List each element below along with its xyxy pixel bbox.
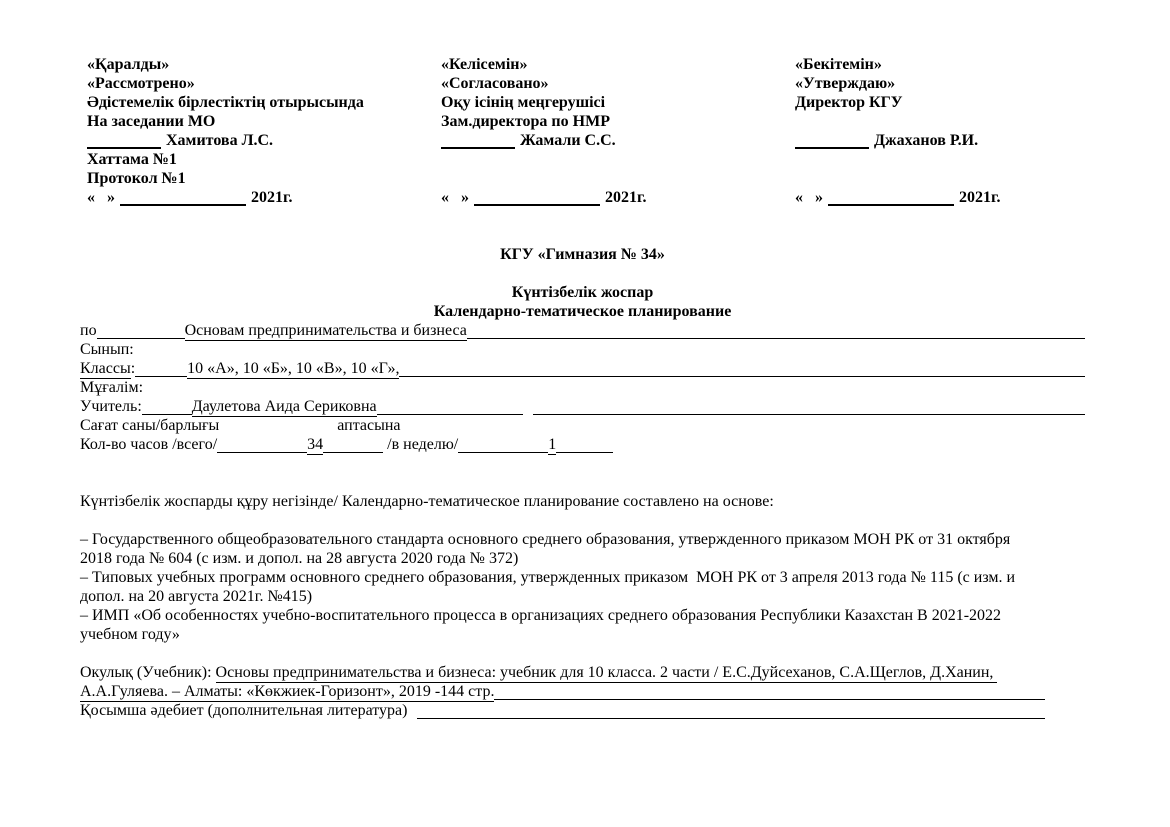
underline-gap xyxy=(523,415,533,416)
blank-underline xyxy=(399,376,1085,377)
approval-body-kk: Оқу ісінің меңгерушісі xyxy=(441,93,795,112)
approval-body-kk: Әдістемелік бірлестіктің отырысында xyxy=(87,93,441,112)
blank-underline xyxy=(323,452,383,453)
teacher-label-kk: Мұғалім: xyxy=(80,378,1085,397)
class-value: 10 «А», 10 «Б», 10 «В», 10 «Г», xyxy=(187,359,399,379)
approval-column-agreed: «Келісемін» «Согласовано» Оқу ісінің мең… xyxy=(441,55,795,207)
hours-total-value: 34 xyxy=(307,435,323,455)
subject-row: по Основам предпринимательства и бизнеса xyxy=(80,321,1085,340)
signer-name: Джаханов Р.И. xyxy=(874,132,978,149)
protocol-ru xyxy=(795,169,1085,188)
signature-line xyxy=(87,147,161,149)
subject-value: Основам предпринимательства и бизнеса xyxy=(185,321,467,341)
hours-per-week-value: 1 xyxy=(548,435,556,455)
signature-row: Джаханов Р.И. xyxy=(795,131,1085,150)
protocol-ru xyxy=(441,169,795,188)
spacer xyxy=(80,511,1085,530)
date-year: 2021г. xyxy=(605,189,646,206)
protocol-ru: Протокол №1 xyxy=(87,169,441,188)
date-quotes: « » xyxy=(87,189,115,206)
blank-underline xyxy=(458,452,548,453)
basis-item: допол. на 20 августа 2021г. №415) xyxy=(80,587,1085,606)
teacher-row: Учитель: Даулетова Аида Сериковна xyxy=(80,397,1085,416)
date-line xyxy=(474,204,600,206)
basis-item: 2018 года № 604 (с изм. и допол. на 28 а… xyxy=(80,549,1085,568)
teacher-label-ru: Учитель: xyxy=(80,397,142,416)
approval-body-ru: Зам.директора по НМР xyxy=(441,112,795,131)
blank-underline xyxy=(135,376,187,377)
approval-title-kk: «Келісемін» xyxy=(441,55,795,74)
spacer xyxy=(80,207,1085,245)
subject-label: по xyxy=(80,321,97,340)
spacer xyxy=(80,644,1085,663)
date-row: « »2021г. xyxy=(441,188,795,207)
class-label-ru: Классы xyxy=(80,359,131,379)
approval-body-ru xyxy=(795,112,1085,131)
textbook-value-line1: Основы предпринимательства и бизнеса: уч… xyxy=(216,663,998,683)
protocol-kk xyxy=(795,150,1085,169)
blank-underline xyxy=(533,414,1085,415)
protocol-kk xyxy=(441,150,795,169)
signature-row: Хамитова Л.С. xyxy=(87,131,441,150)
date-year: 2021г. xyxy=(959,189,1000,206)
approval-column-approved: «Бекітемін» «Утверждаю» Директор КГУ Джа… xyxy=(795,55,1085,207)
hours-label-kk: Сағат саны/барлығы xyxy=(80,417,219,434)
hours-row-kk: Сағат саны/барлығыаптасына xyxy=(80,416,1085,435)
blank-underline xyxy=(377,414,523,415)
protocol-kk: Хаттама №1 xyxy=(87,150,441,169)
spacer xyxy=(80,454,1085,492)
hours-week-label-ru: /в неделю/ xyxy=(387,435,458,454)
blank-underline xyxy=(217,452,307,453)
approval-title-kk: «Қаралды» xyxy=(87,55,441,74)
teacher-value: Даулетова Аида Сериковна xyxy=(192,397,377,417)
blank-underline xyxy=(417,718,1045,719)
signer-name: Жамали С.С. xyxy=(520,132,616,149)
extra-literature-label: Қосымша әдебиет (дополнительная литерату… xyxy=(80,701,407,720)
signer-name: Хамитова Л.С. xyxy=(166,132,273,149)
class-label-kk: Сынып: xyxy=(80,340,1085,359)
approval-title-kk: «Бекітемін» xyxy=(795,55,1085,74)
basis-item: – ИМП «Об особенностях учебно-воспитател… xyxy=(80,606,1085,625)
blank-underline xyxy=(142,414,192,415)
hours-week-kk: аптасына xyxy=(337,417,400,434)
blank-underline xyxy=(97,338,185,339)
plan-title-kk: Күнтізбелік жоспар xyxy=(80,283,1085,302)
date-row: « »2021г. xyxy=(87,188,441,207)
approval-title-ru: «Утверждаю» xyxy=(795,74,1085,93)
approvals-header: «Қаралды» «Рассмотрено» Әдістемелік бірл… xyxy=(87,55,1085,207)
approval-title-ru: «Согласовано» xyxy=(441,74,795,93)
basis-heading: Күнтізбелік жоспарды құру негізінде/ Кал… xyxy=(80,492,1085,511)
approval-column-reviewed: «Қаралды» «Рассмотрено» Әдістемелік бірл… xyxy=(87,55,441,207)
textbook-label: Окулық (Учебник): xyxy=(80,663,216,682)
approval-body-ru: На заседании МО xyxy=(87,112,441,131)
basis-item: – Государственного общеобразовательного … xyxy=(80,530,1085,549)
date-row: « »2021г. xyxy=(795,188,1085,207)
blank-underline xyxy=(467,338,1085,339)
document-page: «Қаралды» «Рассмотрено» Әдістемелік бірл… xyxy=(0,0,1170,827)
spacer xyxy=(80,264,1085,283)
approval-body-kk: Директор КГУ xyxy=(795,93,1085,112)
blank-underline xyxy=(556,452,613,453)
textbook-row-1: Окулық (Учебник): Основы предприниматель… xyxy=(80,663,1085,682)
plan-title-ru: Календарно-тематическое планирование xyxy=(80,302,1085,321)
extra-literature-row: Қосымша әдебиет (дополнительная литерату… xyxy=(80,701,1085,720)
basis-item: учебном году» xyxy=(80,625,1085,644)
hours-row-ru: Кол-во часов /всего/ 34 /в неделю/ 1 xyxy=(80,435,1085,454)
date-line xyxy=(828,204,954,206)
blank-underline xyxy=(494,699,1045,700)
date-line xyxy=(120,204,246,206)
underline-gap xyxy=(407,719,417,720)
hours-label-ru: Кол-во часов /всего/ xyxy=(80,435,217,454)
signature-row: Жамали С.С. xyxy=(441,131,795,150)
signature-line xyxy=(795,147,869,149)
class-row: Классы : 10 «А», 10 «Б», 10 «В», 10 «Г», xyxy=(80,359,1085,378)
signature-line xyxy=(441,147,515,149)
date-year: 2021г. xyxy=(251,189,292,206)
date-quotes: « » xyxy=(795,189,823,206)
approval-title-ru: «Рассмотрено» xyxy=(87,74,441,93)
textbook-row-2: А.А.Гуляева. – Алматы: «Көкжиек-Горизонт… xyxy=(80,682,1085,701)
basis-item: – Типовых учебных программ основного сре… xyxy=(80,568,1085,587)
school-title: КГУ «Гимназия № 34» xyxy=(80,245,1085,264)
date-quotes: « » xyxy=(441,189,469,206)
document-body: «Қаралды» «Рассмотрено» Әдістемелік бірл… xyxy=(80,55,1085,720)
textbook-value-line2: А.А.Гуляева. – Алматы: «Көкжиек-Горизонт… xyxy=(80,682,494,702)
